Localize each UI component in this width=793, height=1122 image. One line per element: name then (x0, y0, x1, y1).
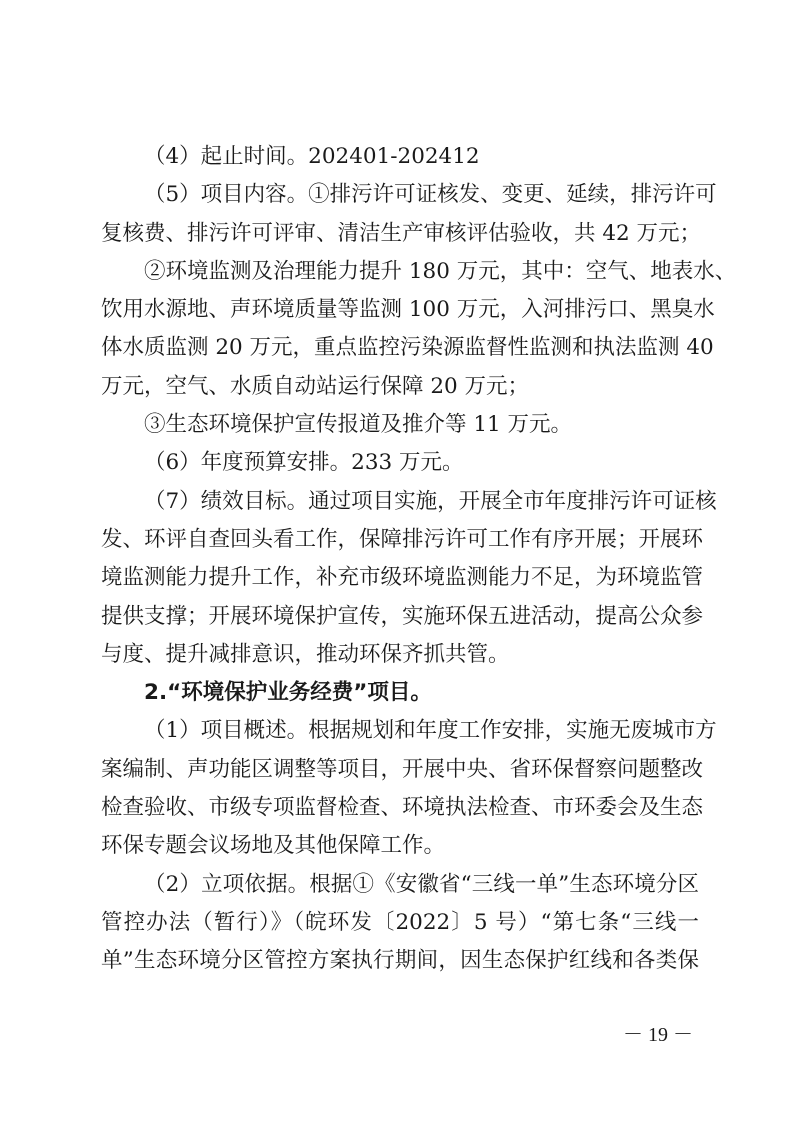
section-heading-2: 2.“环境保护业务经费”项目。 (101, 674, 699, 712)
document-body: （4）起止时间。202401-202412 （5）项目内容。①排污许可证核发、变… (101, 138, 699, 981)
s2-item-1-overview-line-4: 环保专题会议场地及其他保障工作。 (101, 827, 699, 865)
item-5-publicity: ③生态环境保护宣传报道及推介等 11 万元。 (101, 406, 699, 444)
item-5-content-line-1: （5）项目内容。①排污许可证核发、变更、延续，排污许可 (101, 176, 699, 214)
item-7-goal-line-4: 提供支撑；开展环境保护宣传，实施环保五进活动，提高公众参 (101, 598, 699, 636)
item-5-monitoring-line-1: ②环境监测及治理能力提升 180 万元，其中：空气、地表水、 (101, 253, 699, 291)
item-5-monitoring-line-2: 饮用水源地、声环境质量等监测 100 万元，入河排污口、黑臭水 (101, 291, 699, 329)
s2-item-1-overview-line-1: （1）项目概述。根据规划和年度工作安排，实施无废城市方 (101, 712, 699, 750)
page-number: － 19 － (623, 1018, 693, 1047)
s2-item-2-basis-line-2: 管控办法（暂行）》（皖环发〔2022〕5 号）“第七条“三线一 (101, 904, 699, 942)
item-7-goal-line-1: （7）绩效目标。通过项目实施，开展全市年度排污许可证核 (101, 483, 699, 521)
s2-item-1-overview-line-2: 案编制、声功能区调整等项目，开展中央、省环保督察问题整改 (101, 751, 699, 789)
item-7-goal-line-5: 与度、提升减排意识，推动环保齐抓共管。 (101, 636, 699, 674)
s2-item-2-basis-line-1: （2）立项依据。根据①《安徽省“三线一单”生态环境分区 (101, 866, 699, 904)
item-7-goal-line-3: 境监测能力提升工作，补充市级环境监测能力不足，为环境监管 (101, 559, 699, 597)
item-5-monitoring-line-4: 万元，空气、水质自动站运行保障 20 万元； (101, 368, 699, 406)
item-5-content-line-2: 复核费、排污许可评审、清洁生产审核评估验收，共 42 万元； (101, 215, 699, 253)
item-5-monitoring-line-3: 体水质监测 20 万元，重点监控污染源监督性监测和执法监测 40 (101, 329, 699, 367)
s2-item-2-basis-line-3: 单”生态环境分区管控方案执行期间，因生态保护红线和各类保 (101, 942, 699, 980)
item-6-budget: （6）年度预算安排。233 万元。 (101, 444, 699, 482)
item-4-schedule: （4）起止时间。202401-202412 (101, 138, 699, 176)
item-7-goal-line-2: 发、环评自查回头看工作，保障排污许可工作有序开展；开展环 (101, 521, 699, 559)
s2-item-1-overview-line-3: 检查验收、市级专项监督检查、环境执法检查、市环委会及生态 (101, 789, 699, 827)
